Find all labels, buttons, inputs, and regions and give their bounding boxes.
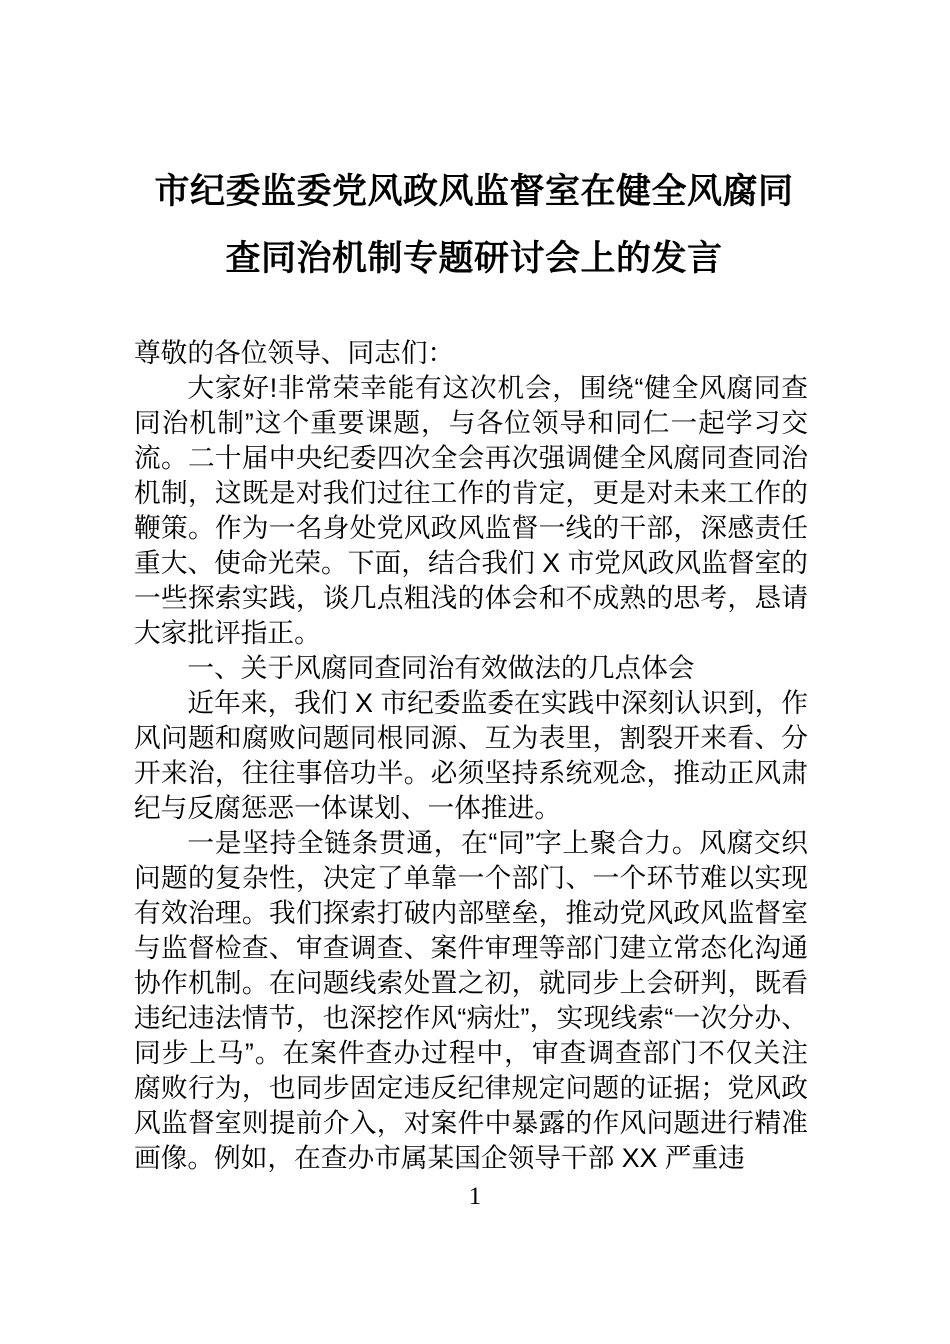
paragraph-point-one: 一是坚持全链条贯通，在“同”字上聚合力。风腐交织问题的复杂性，决定了单靠一个部门… xyxy=(134,826,808,1176)
salutation-line: 尊敬的各位领导、同志们： xyxy=(134,336,808,371)
document-body: 尊敬的各位领导、同志们： 大家好!非常荣幸能有这次机会，围绕“健全风腐同查同治机… xyxy=(134,336,808,1176)
paragraph-overview: 近年来，我们 X 市纪委监委在实践中深刻认识到，作风问题和腐败问题同根同源、互为… xyxy=(134,686,808,826)
document-title-line-2: 查同治机制专题研讨会上的发言 xyxy=(134,225,814,292)
document-page: 市纪委监委党风政风监督室在健全风腐同 查同治机制专题研讨会上的发言 尊敬的各位领… xyxy=(0,0,950,1344)
section-heading-1: 一、关于风腐同查同治有效做法的几点体会 xyxy=(134,651,808,686)
paragraph-opening: 大家好!非常荣幸能有这次机会，围绕“健全风腐同查同治机制”这个重要课题，与各位领… xyxy=(134,371,808,651)
page-number: 1 xyxy=(0,1182,950,1212)
document-title: 市纪委监委党风政风监督室在健全风腐同 查同治机制专题研讨会上的发言 xyxy=(134,158,814,292)
document-title-line-1: 市纪委监委党风政风监督室在健全风腐同 xyxy=(134,158,814,225)
